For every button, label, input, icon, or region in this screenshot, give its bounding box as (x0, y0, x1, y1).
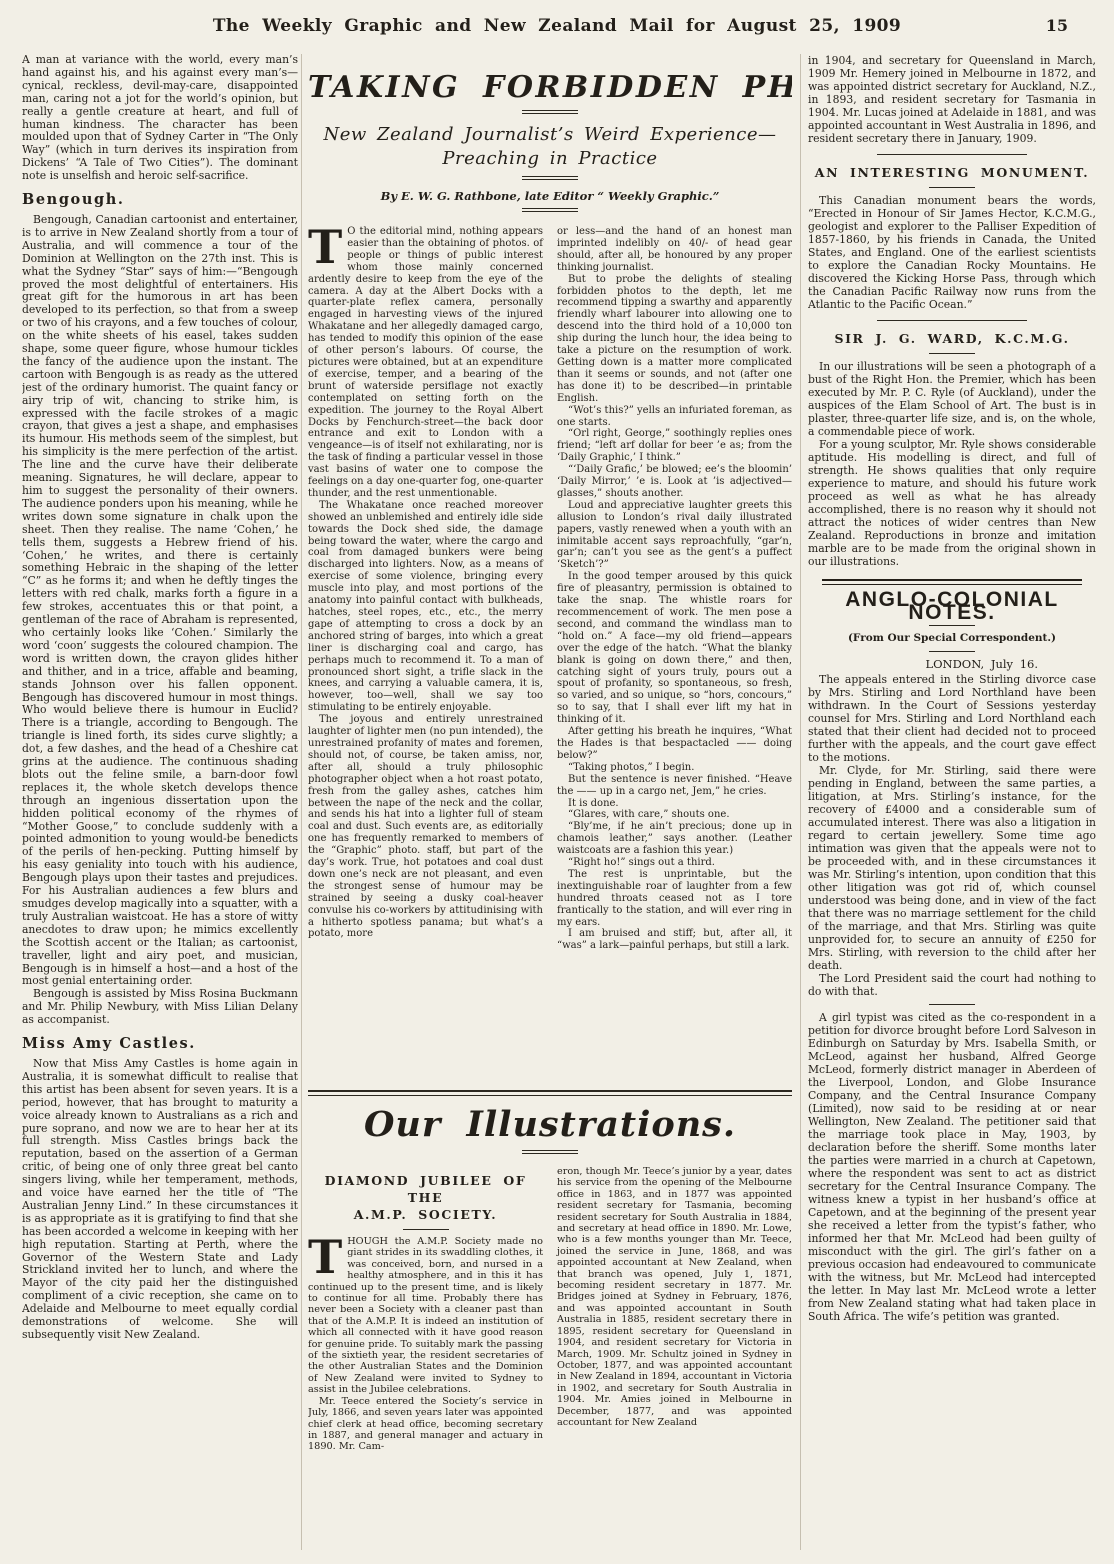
paragraph: The appeals entered in the Stirling divo… (808, 673, 1096, 764)
amp-heading-rule (403, 1229, 449, 1230)
amp-heading-line-2: A.M.P. SOCIETY. (354, 1207, 497, 1222)
amy-castles-paragraphs: Now that Miss Amy Castles is home again … (22, 1058, 298, 1342)
monument-heading: AN INTERESTING MONUMENT. (808, 164, 1096, 181)
amp-opening-paragraph: THOUGH the A.M.P. Society made no giant … (308, 1236, 543, 1396)
section-rule (877, 154, 1027, 155)
article-subtitle: New Zealand Journalist’s Weird Experienc… (308, 123, 792, 171)
paragraph: After getting his breath he inquires, “W… (557, 726, 792, 762)
headline-rule (522, 110, 578, 114)
article-left-paragraphs: The Whakatane once reached moreover show… (308, 500, 543, 941)
paragraph: The Whakatane once reached moreover show… (308, 500, 543, 714)
article-column-right: or less—and the hand of an honest man im… (557, 226, 792, 1088)
paragraph: But the sentence is never finished. “Hea… (557, 774, 792, 798)
amp-right-paragraphs: eron, though Mr. Teece’s junior by a yea… (557, 1166, 792, 1428)
anglo-section-rule (822, 579, 1082, 585)
monument-heading-rule (929, 187, 975, 188)
right-column: in 1904, and secretary for Queensland in… (808, 54, 1096, 1552)
paragraph: “‘Daily Grafic,’ be blowed; ee’s the blo… (557, 464, 792, 500)
article-body: TO the editorial mind, nothing appears e… (308, 226, 792, 1088)
paragraph: eron, though Mr. Teece’s junior by a yea… (557, 1166, 792, 1428)
correspondent-rule (929, 651, 975, 652)
ward-heading: SIR J. G. WARD, K.C.M.G. (808, 330, 1096, 347)
article-headline: TAKING FORBIDDEN PHOTOS. (308, 70, 792, 105)
paragraph: or less—and the hand of an honest man im… (557, 226, 792, 274)
paragraph: The joyous and entirely unrestrained lau… (308, 714, 543, 940)
bengough-heading: Bengough. (22, 194, 298, 207)
dropcap-initial: T (308, 226, 347, 266)
byline: By E. W. G. Rathbone, late Editor “ Week… (308, 189, 792, 203)
paragraph: “Bly’me, if he ain’t precious; done up i… (557, 821, 792, 857)
byline-rule (522, 208, 578, 212)
paragraph: For a young sculptor, Mr. Ryle shows con… (808, 438, 1096, 568)
subtitle-line-2: Preaching in Practice (308, 147, 792, 171)
anglo-paragraphs: The appeals entered in the Stirling divo… (808, 673, 1096, 998)
paragraph: Mr. Teece entered the Society’s service … (308, 1396, 543, 1453)
intro-paragraph: A man at variance with the world, every … (22, 54, 298, 183)
paragraph: Now that Miss Amy Castles is home again … (22, 1058, 298, 1342)
paragraph: A girl typist was cited as the co-respon… (808, 1011, 1096, 1323)
paragraph: It is done. (557, 798, 792, 810)
anglo-colonial-heading: ANGLO-COLONIAL NOTES. (808, 593, 1096, 619)
paragraph: “Wot’s this?” yells an infuriated forema… (557, 405, 792, 429)
paragraph: “Right ho!” sings out a third. (557, 857, 792, 869)
amp-heading-line-1: DIAMOND JUBILEE OF THE (325, 1173, 527, 1205)
illustrations-column-left: DIAMOND JUBILEE OF THE A.M.P. SOCIETY. T… (308, 1166, 543, 1482)
amy-castles-heading: Miss Amy Castles. (22, 1038, 298, 1051)
correspondent-line: (From Our Special Correspondent.) (808, 632, 1096, 645)
center-section: TAKING FORBIDDEN PHOTOS. New Zealand Jou… (308, 54, 792, 1552)
ward-heading-rule (929, 353, 975, 354)
paragraph: I am bruised and stiff; but, after all, … (557, 928, 792, 952)
paragraph: In the good temper aroused by this quick… (557, 571, 792, 726)
paragraph: Mr. Clyde, for Mr. Stirling, said there … (808, 764, 1096, 972)
left-column: A man at variance with the world, every … (22, 54, 298, 1552)
illustrations-column-right: eron, though Mr. Teece’s junior by a yea… (557, 1166, 792, 1482)
paragraph: “Taking photos,” I begin. (557, 762, 792, 774)
amp-jubilee-heading: DIAMOND JUBILEE OF THE A.M.P. SOCIETY. (308, 1172, 543, 1223)
paragraph: The Lord President said the court had no… (808, 972, 1096, 998)
article-column-left: TO the editorial mind, nothing appears e… (308, 226, 543, 1088)
illustrations-headline: Our Illustrations. (308, 1104, 792, 1145)
paragraph: “Glares, with care,” shouts one. (557, 809, 792, 821)
opening-paragraph-text: O the editorial mind, nothing appears ea… (308, 226, 543, 499)
paragraph: Bengough, Canadian cartoonist and entert… (22, 214, 298, 988)
ward-paragraphs: In our illustrations will be seen a phot… (808, 360, 1096, 568)
page-number: 15 (1046, 16, 1068, 35)
monument-paragraphs: This Canadian monument bears the words, … (808, 194, 1096, 311)
typist-rule (929, 1004, 975, 1005)
anglo-heading-rule (929, 625, 975, 626)
illustrations-rule (522, 1150, 578, 1154)
subtitle-line-1: New Zealand Journalist’s Weird Experienc… (308, 123, 792, 147)
paragraph: Bengough is assisted by Miss Rosina Buck… (22, 988, 298, 1027)
paragraph: The rest is unprintable, but the inextin… (557, 869, 792, 929)
section-rule (877, 320, 1027, 321)
column-divider-right (800, 54, 801, 1550)
subtitle-rule (522, 176, 578, 180)
paragraph: This Canadian monument bears the words, … (808, 194, 1096, 311)
page-title: The Weekly Graphic and New Zealand Mail … (0, 16, 1114, 36)
bengough-paragraphs: Bengough, Canadian cartoonist and entert… (22, 214, 298, 1027)
column-divider-left (301, 54, 302, 1550)
illustrations-body: DIAMOND JUBILEE OF THE A.M.P. SOCIETY. T… (308, 1166, 792, 1482)
typist-paragraphs: A girl typist was cited as the co-respon… (808, 1011, 1096, 1323)
paragraph: But to probe the delights of stealing fo… (557, 274, 792, 405)
newspaper-page: The Weekly Graphic and New Zealand Mail … (0, 0, 1114, 1564)
continuation-paragraph: in 1904, and secretary for Queensland in… (808, 54, 1096, 145)
article-right-paragraphs: or less—and the hand of an honest man im… (557, 226, 792, 952)
paragraph: Loud and appreciative laughter greets th… (557, 500, 792, 571)
dropcap-initial: T (308, 1236, 347, 1276)
amp-left-paragraphs: Mr. Teece entered the Society’s service … (308, 1396, 543, 1453)
dateline: LONDON, July 16. (808, 658, 1096, 671)
paragraph: “Orl right, George,” soothingly replies … (557, 428, 792, 464)
paragraph: In our illustrations will be seen a phot… (808, 360, 1096, 438)
article-opening-paragraph: TO the editorial mind, nothing appears e… (308, 226, 543, 500)
article-end-rule (308, 1090, 792, 1096)
